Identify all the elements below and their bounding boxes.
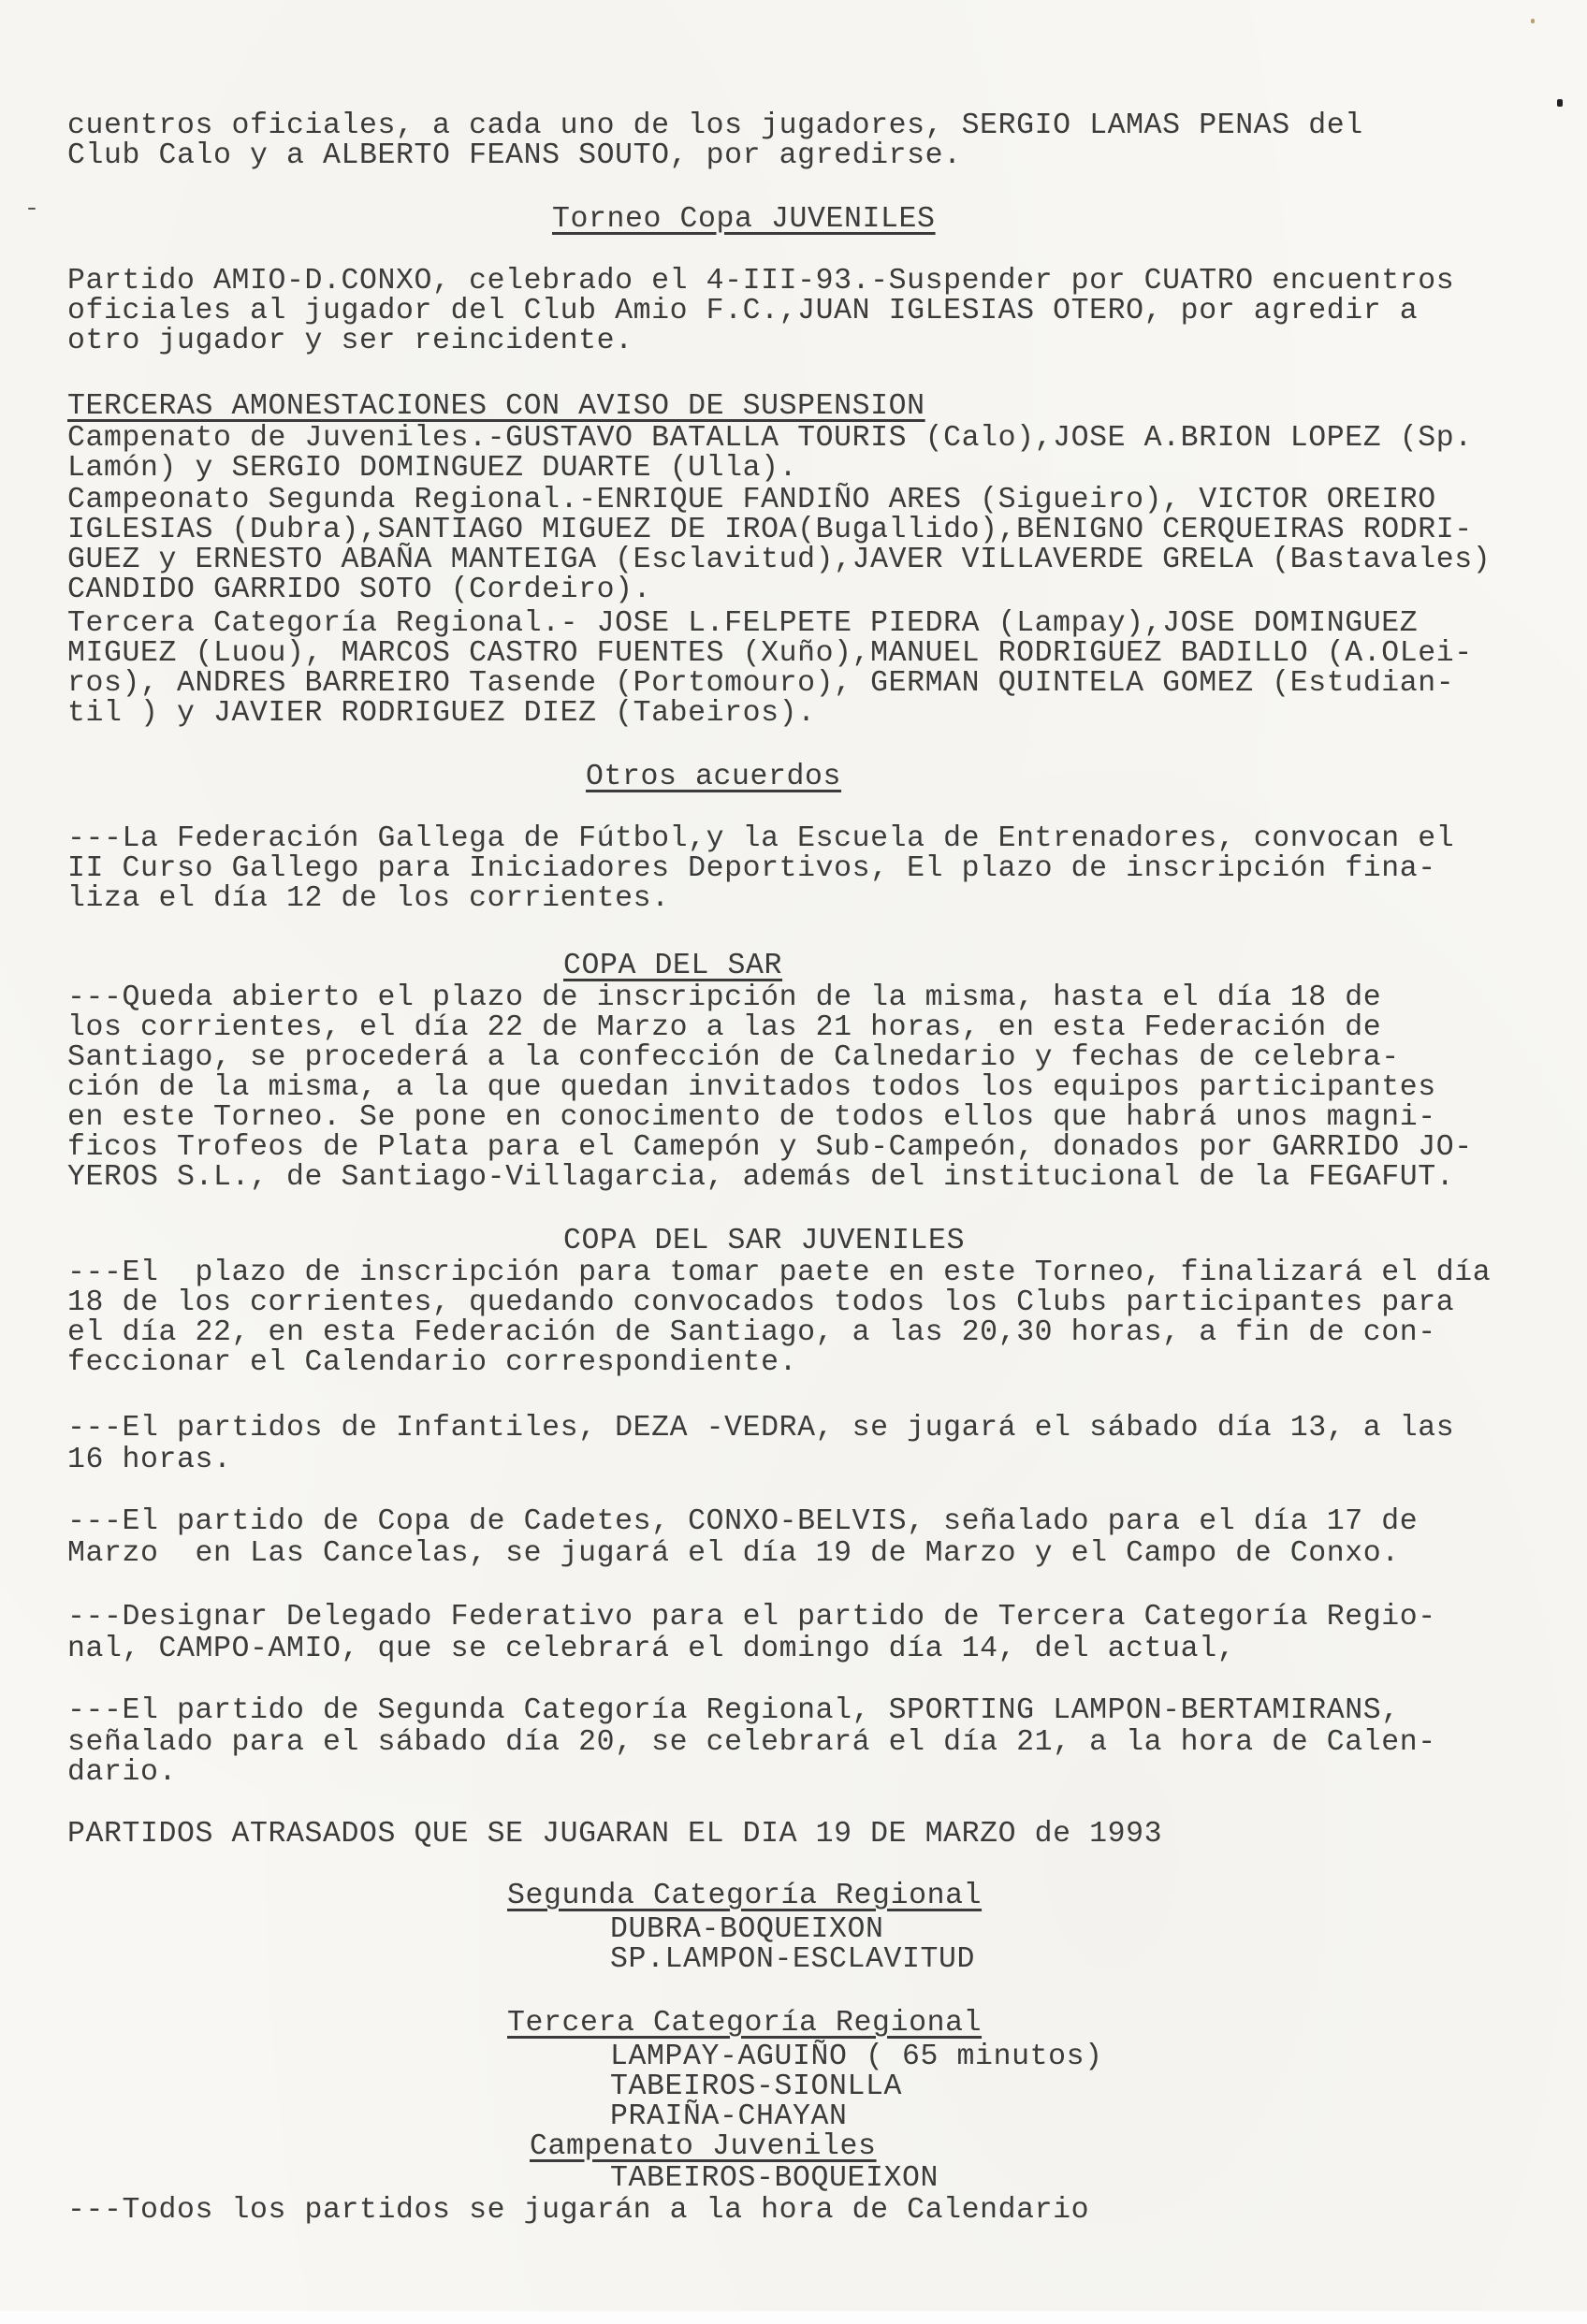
ink-speck bbox=[1531, 19, 1535, 23]
text-line: Campenato de Juveniles.-GUSTAVO BATALLA … bbox=[67, 423, 1473, 455]
text-line: YEROS S.L., de Santiago-Villagarcia, ade… bbox=[67, 1162, 1454, 1194]
text-line: IGLESIAS (Dubra),SANTIAGO MIGUEZ DE IROA… bbox=[67, 515, 1473, 546]
text-line: ros), ANDRES BARREIRO Tasende (Portomour… bbox=[67, 668, 1454, 700]
text-line: cuentros oficiales, a cada uno de los ju… bbox=[67, 110, 1363, 142]
section-heading-torneo-copa-juveniles: Torneo Copa JUVENILES bbox=[552, 204, 936, 236]
text-line: ---El plazo de inscripción para tomar pa… bbox=[67, 1257, 1491, 1289]
group-heading-segunda: Segunda Categoría Regional bbox=[507, 1881, 982, 1912]
text-line: ción de la misma, a la que quedan invita… bbox=[67, 1072, 1436, 1104]
match-item: LAMPAY-AGUIÑO ( 65 minutos) bbox=[610, 2041, 1103, 2073]
notice-line: ---El partido de Copa de Cadetes, CONXO-… bbox=[67, 1506, 1418, 1538]
match-item: TABEIROS-SIONLLA bbox=[610, 2071, 902, 2103]
text-line: Tercera Categoría Regional.- JOSE L.FELP… bbox=[67, 608, 1418, 640]
typewritten-page: cuentros oficiales, a cada uno de los ju… bbox=[0, 0, 1587, 2324]
text-line: otro jugador y ser reincidente. bbox=[67, 326, 633, 357]
group-heading-juveniles: Campenato Juveniles bbox=[530, 2131, 877, 2163]
text-line: Lamón) y SERGIO DOMINGUEZ DUARTE (Ulla). bbox=[67, 453, 797, 485]
text-line: oficiales al jugador del Club Amio F.C.,… bbox=[67, 296, 1418, 327]
text-line: los corrientes, el día 22 de Marzo a las… bbox=[67, 1012, 1381, 1044]
notice-line: señalado para el sábado día 20, se celeb… bbox=[67, 1727, 1436, 1759]
section-heading-copa-del-sar: COPA DEL SAR bbox=[563, 951, 782, 982]
text-line: en este Torneo. Se pone en conocimento d… bbox=[67, 1102, 1436, 1134]
text-line: til ) y JAVIER RODRIGUEZ DIEZ (Tabeiros)… bbox=[67, 698, 816, 730]
ink-speck bbox=[1557, 99, 1563, 107]
text-line: Club Calo y a ALBERTO FEANS SOUTO, por a… bbox=[67, 140, 962, 172]
section-heading-terceras-amonestaciones: TERCERAS AMONESTACIONES CON AVISO DE SUS… bbox=[67, 391, 925, 423]
match-item: PRAIÑA-CHAYAN bbox=[610, 2101, 848, 2133]
partidos-atrasados-title: PARTIDOS ATRASADOS QUE SE JUGARAN EL DIA… bbox=[67, 1819, 1162, 1851]
text-line: ficos Trofeos de Plata para el Camepón y… bbox=[67, 1132, 1473, 1164]
text-line: Santiago, se procederá a la confección d… bbox=[67, 1042, 1400, 1074]
notice-line: ---El partido de Segunda Categoría Regio… bbox=[67, 1695, 1400, 1727]
margin-mark bbox=[28, 208, 36, 210]
text-line: feccionar el Calendario correspondiente. bbox=[67, 1347, 797, 1379]
match-item: TABEIROS-BOQUEIXON bbox=[610, 2163, 939, 2195]
text-line: ---La Federación Gallega de Fútbol,y la … bbox=[67, 823, 1454, 855]
footer-note: ---Todos los partidos se jugarán a la ho… bbox=[67, 2195, 1089, 2227]
text-line: Partido AMIO-D.CONXO, celebrado el 4-III… bbox=[67, 266, 1454, 298]
notice-line: dario. bbox=[67, 1757, 177, 1789]
section-heading-copa-del-sar-juveniles: COPA DEL SAR JUVENILES bbox=[563, 1226, 965, 1257]
notice-line: Marzo en Las Cancelas, se jugará el día … bbox=[67, 1538, 1400, 1570]
match-item: DUBRA-BOQUEIXON bbox=[610, 1914, 884, 1946]
text-line: GUEZ y ERNESTO ABAÑA MANTEIGA (Esclavitu… bbox=[67, 545, 1491, 576]
text-line: ---Queda abierto el plazo de inscripción… bbox=[67, 982, 1381, 1014]
notice-line: 16 horas. bbox=[67, 1445, 232, 1476]
text-line: Campeonato Segunda Regional.-ENRIQUE FAN… bbox=[67, 485, 1436, 516]
match-item: SP.LAMPON-ESCLAVITUD bbox=[610, 1944, 975, 1976]
notice-line: ---El partidos de Infantiles, DEZA -VEDR… bbox=[67, 1413, 1454, 1445]
text-line: MIGUEZ (Luou), MARCOS CASTRO FUENTES (Xu… bbox=[67, 638, 1473, 670]
notice-line: nal, CAMPO-AMIO, que se celebrará el dom… bbox=[67, 1634, 1235, 1665]
text-line: liza el día 12 de los corrientes. bbox=[67, 883, 670, 915]
notice-line: ---Designar Delegado Federativo para el … bbox=[67, 1602, 1436, 1634]
group-heading-tercera: Tercera Categoría Regional bbox=[507, 2008, 982, 2040]
text-line: el día 22, en esta Federación de Santiag… bbox=[67, 1317, 1436, 1349]
section-heading-otros-acuerdos: Otros acuerdos bbox=[586, 762, 841, 793]
text-line: II Curso Gallego para Iniciadores Deport… bbox=[67, 853, 1436, 885]
page-edge bbox=[0, 2311, 1587, 2324]
text-line: 18 de los corrientes, quedando convocado… bbox=[67, 1287, 1454, 1319]
text-line: CANDIDO GARRIDO SOTO (Cordeiro). bbox=[67, 574, 651, 606]
